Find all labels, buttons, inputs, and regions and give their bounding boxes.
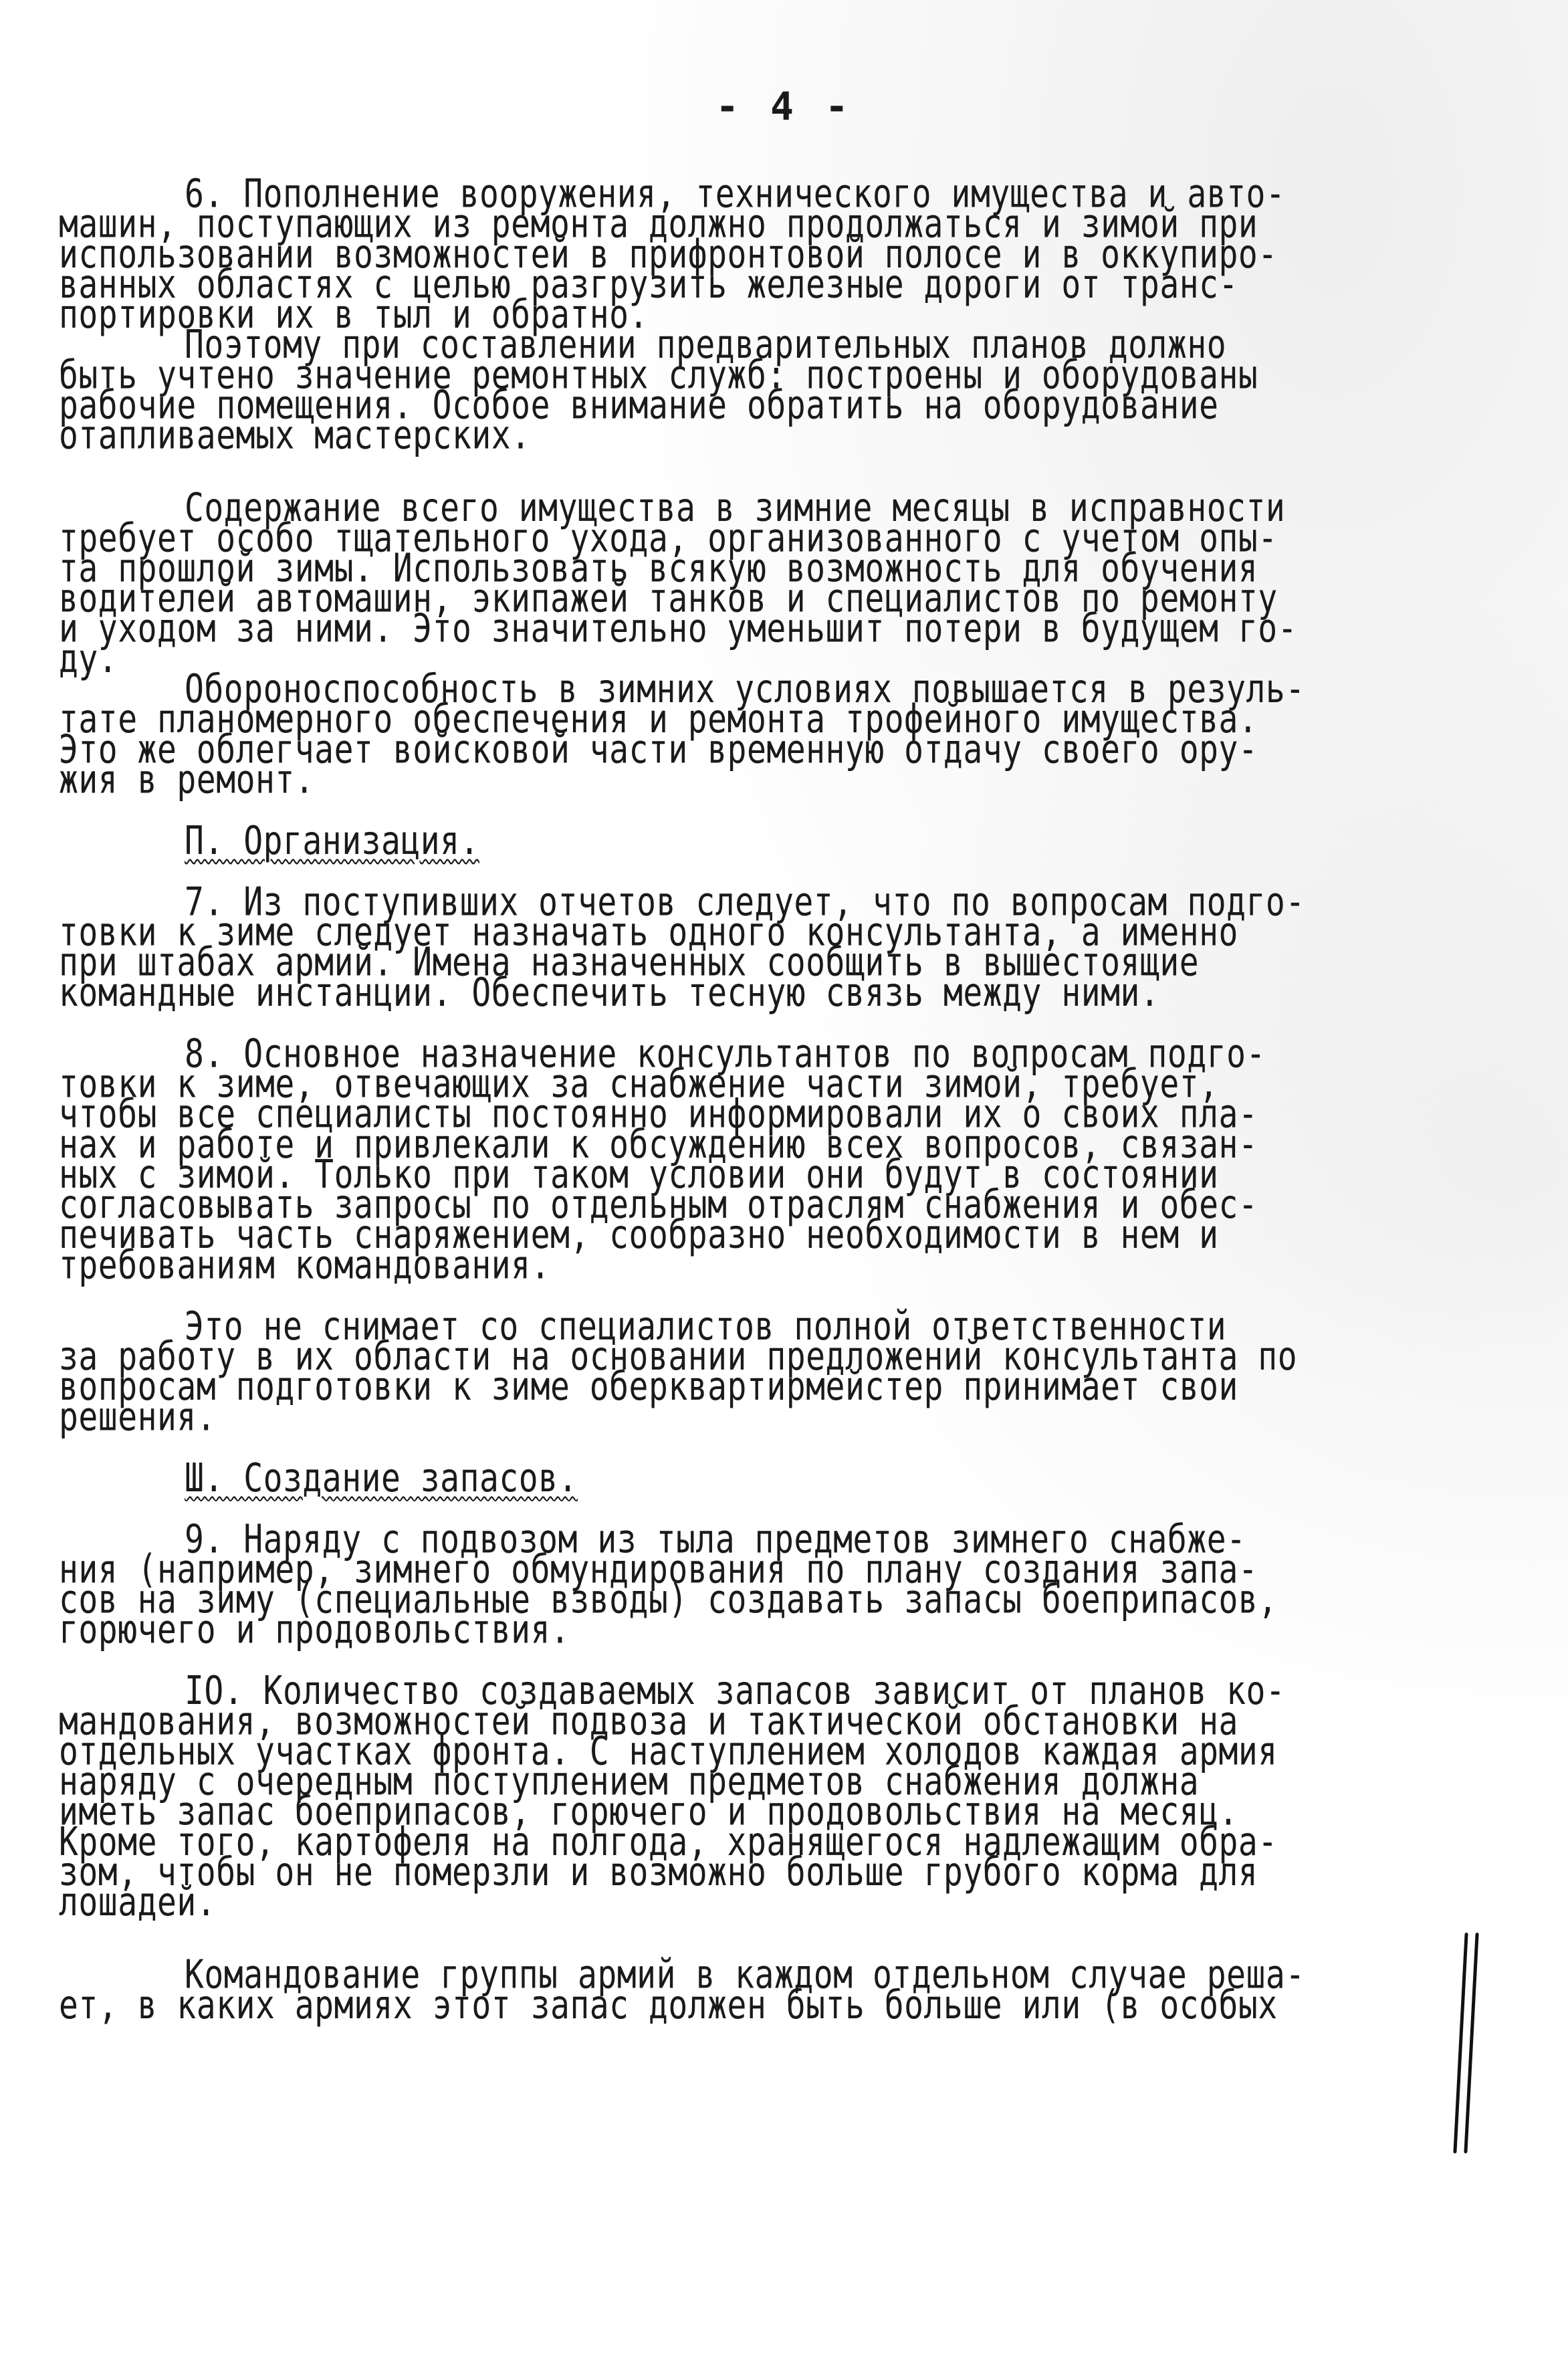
text-line: и уходом за ними. Это значительно уменьш… <box>59 614 1470 644</box>
handwritten-margin-mark <box>1458 1933 1478 2153</box>
document-page: - 4 - 6. Пополнение вооружения, техничес… <box>0 0 1568 2358</box>
paragraph-6-defense: Обороноспособность в зимних условиях пов… <box>59 675 1470 796</box>
paragraph-8-responsibility: Это не снимает со специалистов полной от… <box>59 1311 1470 1432</box>
paragraph-10: IO. Количество создаваемых запасов завис… <box>59 1677 1470 1918</box>
text-line: командные инстанции. Обеспечить тесную с… <box>59 978 1470 1008</box>
page-number: - 4 - <box>0 84 1568 129</box>
paragraph-6: 6. Пополнение вооружения, технического и… <box>59 179 1470 330</box>
paragraph-6-repair-services: Поэтому при составлении предварительных … <box>59 330 1470 451</box>
paragraph-7: 7. Из поступивших отчетов следует, что п… <box>59 887 1470 1008</box>
text-line: ет, в каких армиях этот запас должен быт… <box>59 1990 1470 2020</box>
paragraph-9: 9. Наряду с подвозом из тыла предметов з… <box>59 1525 1470 1646</box>
paragraph-10-command: Командование группы армий в каждом отдел… <box>59 1960 1470 2020</box>
section-heading-organization: П. Организация. <box>59 826 1470 856</box>
paragraph-6-maintenance: Содержание всего имущества в зимние меся… <box>59 494 1470 675</box>
document-body: 6. Пополнение вооружения, технического и… <box>59 179 1470 2021</box>
paragraph-8: 8. Основное назначение консультантов по … <box>59 1039 1470 1281</box>
section-heading-reserves: Ш. Создание запасов. <box>59 1463 1470 1493</box>
